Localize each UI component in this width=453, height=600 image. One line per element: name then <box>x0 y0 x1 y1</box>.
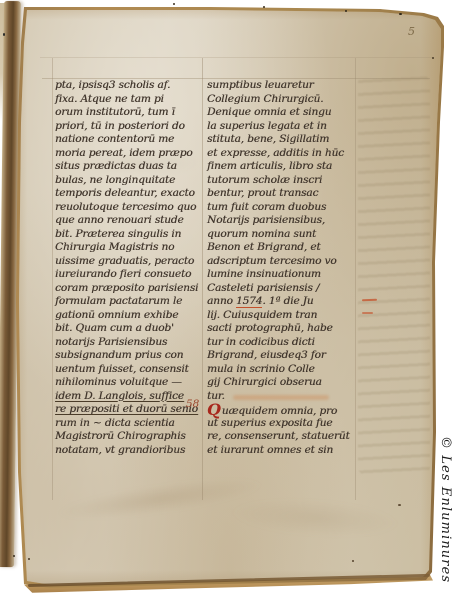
manuscript-text-line: bit. Quam cum a duob' <box>55 322 201 336</box>
manuscript-text-line: natione contentorū me <box>55 133 201 147</box>
ink-speck <box>173 3 175 5</box>
ink-speck <box>399 13 402 15</box>
ink-bleedthrough <box>358 75 430 475</box>
manuscript-text-line: subsignandum prius con <box>55 349 201 363</box>
manuscript-text-line: nihilominus voluitque — <box>55 376 201 390</box>
ink-speck <box>28 558 30 560</box>
ink-speck <box>263 6 265 8</box>
manuscript-text-line: situs prædictas duas ta <box>55 160 201 174</box>
manuscript-text-line: bit. Præterea singulis in <box>55 228 201 242</box>
parchment-crease <box>229 494 401 542</box>
manuscript-text-line: gationū omnium exhibe <box>55 309 201 323</box>
manuscript-text-line: mula in scrinio Colle <box>207 363 359 377</box>
manuscript-text-line: Collegium Chirurgicū. <box>207 93 359 107</box>
manuscript-text-line: uissime graduatis, peracto <box>55 255 201 269</box>
manuscript-text-line: Denique omnia et singu <box>207 106 359 120</box>
ink-speck <box>432 57 434 59</box>
manuscript-text-line: quorum nomina sunt <box>207 228 359 242</box>
manuscript-text-line: iureiurando fieri consueto <box>55 268 201 282</box>
folio-number: 5 <box>408 25 415 38</box>
red-margin-mark <box>362 312 373 314</box>
manuscript-text-line: gij Chirurgici obserua <box>207 376 359 390</box>
manuscript-text-line: tur in codicibus dicti <box>207 336 359 350</box>
margin-number: 58 <box>186 398 199 410</box>
ink-speck <box>3 33 5 36</box>
ruling-line-vertical-gutter <box>202 58 203 500</box>
copyright-watermark: © Les Enluminures <box>438 436 453 600</box>
ink-speck <box>352 560 354 562</box>
manuscript-text-line: Notarijs parisiensibus, <box>207 214 359 228</box>
manuscript-text-line: idem D. Langlois, suffice <box>55 390 201 404</box>
manuscript-text-line: Magistrorū Chirographis <box>55 430 201 444</box>
ink-speck <box>345 10 347 12</box>
page-content: 5 pta, ipsisq3 scholis af.fixa. Atque ne… <box>0 0 453 600</box>
manuscript-text-line: la superius legata et in <box>207 120 359 134</box>
manuscript-text-line: finem articulis, libro sta <box>207 160 359 174</box>
manuscript-text-line: que anno renouari stude <box>55 214 201 228</box>
manuscript-text-line: sacti protographū, habe <box>207 322 359 336</box>
manuscript-text-line: formulam pactatarum le <box>55 295 201 309</box>
manuscript-text-line: Casteleti parisiensis / <box>207 282 359 296</box>
text-column-right: sumptibus leuareturCollegium Chirurgicū.… <box>207 79 359 457</box>
manuscript-text-line: notarijs Parisiensibus <box>55 336 201 350</box>
manuscript-text-line: bentur, prout transac <box>207 187 359 201</box>
manuscript-text-line: uentum fuisset, consensit <box>55 363 201 377</box>
manuscript-text-line: Chirurgia Magistris no <box>55 241 201 255</box>
manuscript-text-line: Benon et Brigrand, et <box>207 241 359 255</box>
manuscript-text-line: bulas, ne longinquitate <box>55 174 201 188</box>
red-underlined-date: 1574 <box>236 295 262 308</box>
manuscript-text-line: tutorum scholæ inscri <box>207 174 359 188</box>
manuscript-text-line: re præpositi et duorū senio <box>55 403 201 417</box>
manuscript-text-line: adscriptum tercesimo vo <box>207 255 359 269</box>
manuscript-text-line: anno 1574. 1ª die Ju <box>207 295 359 309</box>
manuscript-text-line: rum in ~ dicta scientia <box>55 417 201 431</box>
manuscript-text-line: re, consenserunt, statuerūt <box>207 430 359 444</box>
manuscript-text-line: orum institutorū, tum ī <box>55 106 201 120</box>
manuscript-text-line: et expresse, additis in hūc <box>207 147 359 161</box>
manuscript-text-line: stituta, bene, Sigillatim <box>207 133 359 147</box>
text-column-left: pta, ipsisq3 scholis af.fixa. Atque ne t… <box>55 79 201 457</box>
manuscript-text-line: et iurarunt omnes et sin <box>207 444 359 458</box>
manuscript-text-line: reuolutoque tercesimo quo <box>55 201 201 215</box>
parchment-crease <box>54 471 266 528</box>
ruling-line-horizontal-upper <box>40 57 432 58</box>
manuscript-text-line: fixa. Atque ne tam pi <box>55 93 201 107</box>
manuscript-text-line: moria pereat, idem præpo <box>55 147 201 161</box>
manuscript-text-line: lumine insinuationum <box>207 268 359 282</box>
manuscript-photo: 5 pta, ipsisq3 scholis af.fixa. Atque ne… <box>0 0 453 600</box>
manuscript-text-line: temporis deleantur, exacto <box>55 187 201 201</box>
manuscript-text-line: tur. <box>207 390 359 404</box>
manuscript-text-line: Brigrand, eiusdeq3 for <box>207 349 359 363</box>
manuscript-text-line: Quæquidem omnia, pro <box>207 403 359 417</box>
manuscript-text-line: priori, tū in posteriori do <box>55 120 201 134</box>
ink-speck <box>13 555 15 557</box>
ruling-line-vertical-left <box>52 58 53 500</box>
manuscript-text-line: coram præposito parisiensi <box>55 282 201 296</box>
manuscript-text-line: lij. Cuiusquidem tran <box>207 309 359 323</box>
manuscript-text-line: pta, ipsisq3 scholis af. <box>55 79 201 93</box>
manuscript-text-line: ut superius exposita fue <box>207 417 359 431</box>
manuscript-text-line: notatam, vt grandioribus <box>55 444 201 458</box>
ink-speck <box>398 504 401 506</box>
manuscript-text-line: sumptibus leuaretur <box>207 79 359 93</box>
manuscript-text-line: tum fuit coram duobus <box>207 201 359 215</box>
